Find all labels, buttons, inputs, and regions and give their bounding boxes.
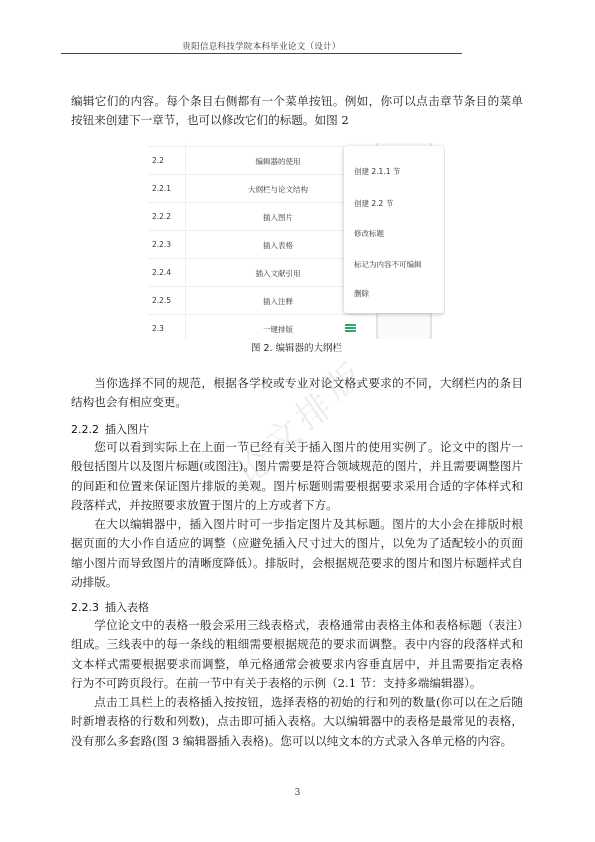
list-menu-icon[interactable] [345, 324, 356, 332]
outline-row[interactable]: 2.2.4 插入文献引用 [148, 258, 370, 287]
section-number: 2.2.3 [71, 601, 99, 614]
outline-row-number: 2.2.2 [152, 212, 171, 221]
outline-row-title: 插入表格 [188, 240, 368, 251]
section-heading-2-2-2: 2.2.2插入图片 [71, 421, 149, 437]
outline-note-paragraph: 当你选择不同的规范，根据各学校或专业对论文格式要求的不同，大纲栏内的条目结构也会… [71, 374, 523, 413]
outline-row[interactable]: 2.2.2 插入图片 [148, 202, 370, 231]
body-paragraph: 您可以看到实际上在上面一节已经有关于插入图片的使用实例了。论文中的图片一般包括图… [71, 438, 523, 515]
outline-row-number: 2.2.4 [152, 268, 171, 277]
outline-row-number: 2.2.1 [152, 184, 171, 193]
intro-paragraph: 编辑它们的内容。每个条目右侧都有一个菜单按钮。例如，你可以点击章节条目的菜单按钮… [71, 92, 523, 131]
outline-row[interactable]: 2.2.5 插入注释 [148, 286, 370, 315]
outline-row[interactable]: 2.2.1 大纲栏与论文结构 [148, 174, 370, 203]
header-rule [61, 53, 462, 54]
section-number: 2.2.2 [71, 423, 99, 436]
section-heading-2-2-3: 2.2.3插入表格 [71, 599, 149, 615]
outline-row-title: 插入注释 [188, 296, 368, 307]
outline-row-title: 一键排版 [188, 324, 368, 335]
body-paragraph: 在大以编辑器中，插入图片时可一步指定图片及其标题。图片的大小会在排版时根据页面的… [71, 515, 523, 592]
section-2-2-3-body: 学位论文中的表格一般会采用三线表格式，表格通常由表格主体和表格标题（表注）组成。… [71, 616, 523, 751]
context-menu: 创建 2.1.1 节 创建 2.2 节 修改标题 标记为内容不可编辑 删除 [344, 146, 444, 313]
outline-row[interactable]: 2.3 一键排版 [148, 314, 370, 339]
section-title: 插入图片 [105, 423, 149, 436]
outline-row-title: 大纲栏与论文结构 [188, 184, 368, 195]
outline-panel-figure: 2.2 编辑器的使用 2.2.1 大纲栏与论文结构 2.2.2 插入图片 2.2… [148, 143, 445, 339]
figure-caption: 图 2. 编辑器的大纲栏 [148, 340, 445, 354]
menu-item-create-subsection[interactable]: 创建 2.1.1 节 [354, 166, 400, 177]
outline-row-title: 插入图片 [188, 212, 368, 223]
menu-item-lock[interactable]: 标记为内容不可编辑 [354, 259, 422, 270]
menu-item-rename[interactable]: 修改标题 [354, 228, 384, 239]
section-2-2-2-body: 您可以看到实际上在上面一节已经有关于插入图片的使用实例了。论文中的图片一般包括图… [71, 438, 523, 592]
outline-row-number: 2.2 [152, 156, 164, 165]
menu-item-delete[interactable]: 删除 [354, 288, 369, 299]
outline-row-number: 2.2.3 [152, 240, 171, 249]
page-number: 3 [0, 788, 595, 798]
outline-row-title: 插入文献引用 [188, 268, 368, 279]
body-paragraph: 点击工具栏上的表格插入按按钮，选择表格的初始的行和列的数量(你可以在之后随时新增… [71, 693, 523, 751]
outline-row-number: 2.3 [152, 324, 164, 333]
outline-row-title: 编辑器的使用 [188, 156, 368, 167]
menu-item-create-section[interactable]: 创建 2.2 节 [354, 198, 393, 209]
outline-row[interactable]: 2.2 编辑器的使用 [148, 146, 370, 175]
section-title: 插入表格 [105, 601, 149, 614]
body-paragraph: 学位论文中的表格一般会采用三线表格式，表格通常由表格主体和表格标题（表注）组成。… [71, 616, 523, 693]
outline-note-block: 当你选择不同的规范，根据各学校或专业对论文格式要求的不同，大纲栏内的条目结构也会… [71, 374, 523, 413]
intro-paragraph-block: 编辑它们的内容。每个条目右侧都有一个菜单按钮。例如，你可以点击章节条目的菜单按钮… [71, 92, 523, 131]
outline-row[interactable]: 2.2.3 插入表格 [148, 230, 370, 259]
outline-row-number: 2.2.5 [152, 296, 171, 305]
